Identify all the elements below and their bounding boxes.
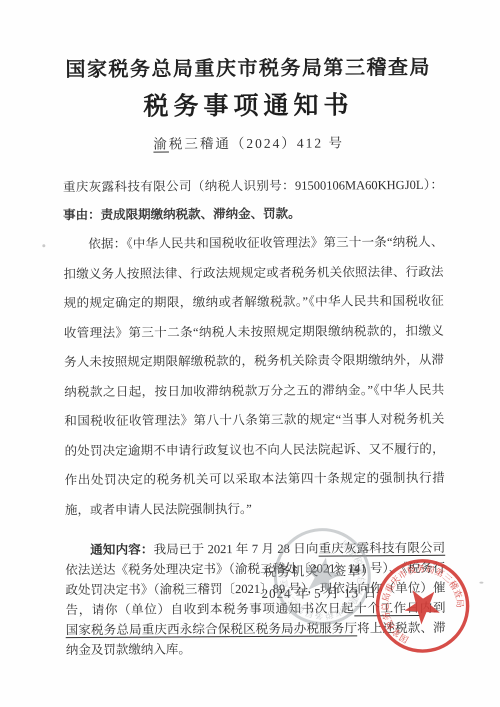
- scan-artifact: [479, 582, 483, 584]
- notice-content-label: 通知内容：: [90, 543, 153, 557]
- signature-date: 2024 年 5 月 13 日: [249, 582, 389, 605]
- scan-artifact: [42, 244, 45, 247]
- scanned-tax-notice-page: 国家税务总局重庆市税务局第三稽查局 税务事项通知书 渝税三稽通（2024）412…: [0, 0, 500, 707]
- notice-segment: 我局已于 2021 年 7 月 28 日向: [154, 542, 319, 557]
- document-content: 国家税务总局重庆市税务局第三稽查局 税务事项通知书 渝税三稽通（2024）412…: [0, 0, 500, 707]
- legal-basis-paragraph: 依据：《中华人民共和国税收征收管理法》第三十一条“纳税人、扣缴义务人按照法律、行…: [63, 228, 445, 525]
- subject-line: 事由：责成限期缴纳税款、滞纳金、罚款。: [63, 207, 301, 222]
- issuer-title: 国家税务总局重庆市税务局第三稽查局: [0, 50, 498, 82]
- document-number-region: 渝: [153, 136, 169, 151]
- notice-segment-company-underlined: 重庆灰露科技有限公司: [319, 541, 446, 556]
- notice-title: 税务事项通知书: [0, 84, 499, 123]
- addressee-paragraph: 重庆灰露科技有限公司（纳税人识别号：91500106MA60KHGJ0L）：事由…: [63, 171, 443, 229]
- notice-segment: 内到: [420, 601, 458, 615]
- document-number-rest: 税三稽通（2024）412 号: [169, 135, 344, 151]
- document-number: 渝税三稽通（2024）412 号: [0, 130, 499, 153]
- notice-segment-office-underlined: 国家税务总局重庆西永综合保税区税务局办税服务厅: [66, 621, 358, 637]
- signature-label: 税务机关（签章）: [249, 560, 389, 583]
- addressee-company-tin: 重庆灰露科技有限公司（纳税人识别号：91500106MA60KHGJ0L）：: [63, 178, 443, 194]
- signature-block: 税务机关（签章） 2024 年 5 月 13 日: [249, 560, 389, 605]
